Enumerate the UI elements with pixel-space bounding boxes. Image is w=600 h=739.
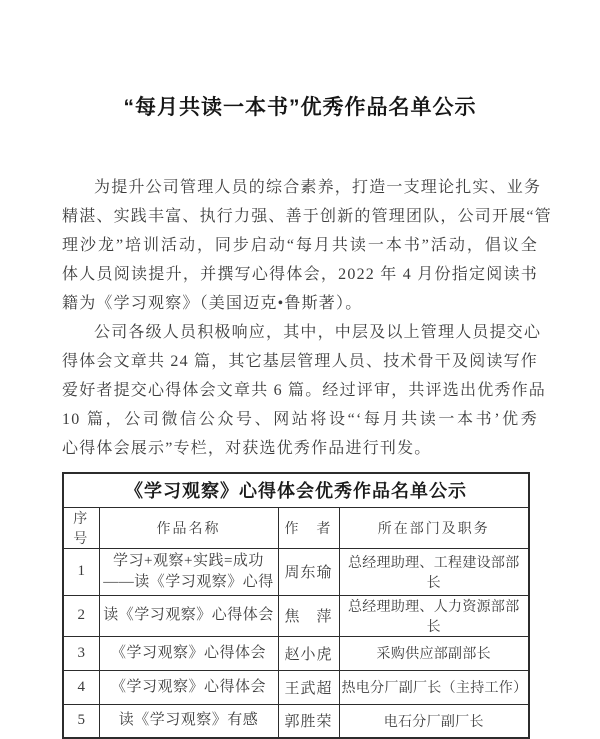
cell-index: 3 — [63, 636, 99, 670]
cell-index: 5 — [63, 704, 99, 738]
paragraph-1-line-3: 理沙龙”培训活动，同步启动“每月共读一本书”活动，倡议全 — [62, 231, 538, 260]
awards-table: 《学习观察》心得体会优秀作品名单公示 序号 作品名称 作 者 所在部门及职务 1… — [62, 472, 530, 739]
cell-work-title: 《学习观察》心得体会 — [99, 636, 278, 670]
document-title: “每月共读一本书”优秀作品名单公示 — [62, 0, 538, 124]
cell-author: 郭胜荣 — [278, 704, 339, 738]
cell-author: 王武超 — [278, 670, 339, 704]
table-row: 3 《学习观察》心得体会 赵小虎 采购供应部副部长 — [63, 636, 529, 670]
cell-author: 周东瑜 — [278, 548, 339, 595]
paragraph-1-line-1: 为提升公司管理人员的综合素养，打造一支理论扎实、业务 — [62, 173, 538, 202]
cell-work-title: 学习+观察+实践=成功 ——读《学习观察》心得 — [99, 548, 278, 595]
cell-department: 采购供应部副部长 — [339, 636, 529, 670]
paragraph-1-line-5: 籍为《学习观察》（美国迈克•鲁斯著）。 — [62, 289, 538, 318]
column-header-index: 序号 — [63, 507, 99, 548]
cell-index: 1 — [63, 548, 99, 595]
paragraph-1-line-4: 体人员阅读提升，并撰写心得体会，2022 年 4 月份指定阅读书 — [62, 260, 538, 289]
cell-work-title: 《学习观察》心得体会 — [99, 670, 278, 704]
document-page: “每月共读一本书”优秀作品名单公示 为提升公司管理人员的综合素养，打造一支理论扎… — [0, 0, 600, 739]
paragraph-2-line-3: 爱好者提交心得体会文章共 6 篇。经过评审，共评选出优秀作品 — [62, 376, 538, 405]
cell-work-title: 读《学习观察》心得体会 — [99, 595, 278, 636]
column-header-author: 作 者 — [278, 507, 339, 548]
cell-index: 4 — [63, 670, 99, 704]
cell-index: 2 — [63, 595, 99, 636]
paragraph-1-line-2: 精湛、实践丰富、执行力强、善于创新的管理团队，公司开展“管 — [62, 202, 538, 231]
column-header-work: 作品名称 — [99, 507, 278, 548]
cell-department: 热电分厂副厂长（主持工作） — [339, 670, 529, 704]
cell-department: 总经理助理、人力资源部部长 — [339, 595, 529, 636]
table-header-row: 序号 作品名称 作 者 所在部门及职务 — [63, 507, 529, 548]
table-title: 《学习观察》心得体会优秀作品名单公示 — [63, 473, 529, 507]
cell-author: 赵小虎 — [278, 636, 339, 670]
cell-author: 焦 萍 — [278, 595, 339, 636]
paragraph-2-line-2: 得体会文章共 24 篇，其它基层管理人员、技术骨干及阅读写作 — [62, 347, 538, 376]
cell-department: 电石分厂副厂长 — [339, 704, 529, 738]
paragraph-2-line-5: 心得体会展示”专栏，对获选优秀作品进行刊发。 — [62, 434, 538, 463]
paragraph-2-line-1: 公司各级人员积极响应，其中，中层及以上管理人员提交心 — [62, 318, 538, 347]
table-title-row: 《学习观察》心得体会优秀作品名单公示 — [63, 473, 529, 507]
table-row: 5 读《学习观察》有感 郭胜荣 电石分厂副厂长 — [63, 704, 529, 738]
paragraph-2-line-4: 10 篇，公司微信公众号、网站将设“‘每月共读一本书’优秀 — [62, 405, 538, 434]
table-row: 4 《学习观察》心得体会 王武超 热电分厂副厂长（主持工作） — [63, 670, 529, 704]
cell-work-title: 读《学习观察》有感 — [99, 704, 278, 738]
column-header-department: 所在部门及职务 — [339, 507, 529, 548]
cell-department: 总经理助理、工程建设部部长 — [339, 548, 529, 595]
table-row: 1 学习+观察+实践=成功 ——读《学习观察》心得 周东瑜 总经理助理、工程建设… — [63, 548, 529, 595]
table-row: 2 读《学习观察》心得体会 焦 萍 总经理助理、人力资源部部长 — [63, 595, 529, 636]
body-text: 为提升公司管理人员的综合素养，打造一支理论扎实、业务 精湛、实践丰富、执行力强、… — [62, 173, 538, 463]
